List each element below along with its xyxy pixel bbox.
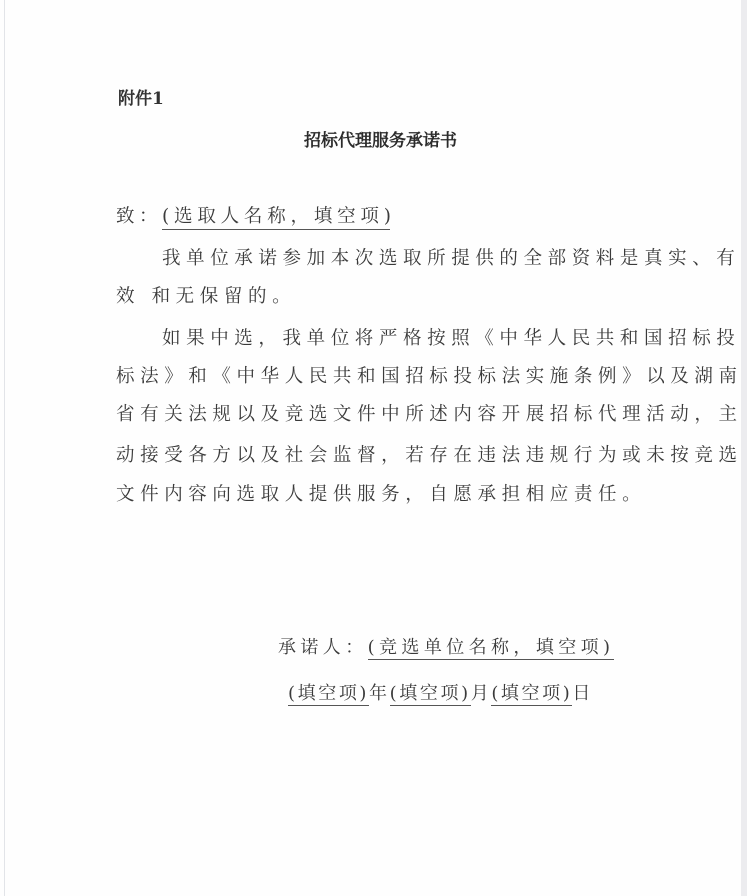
document-title: 招标代理服务承诺书 [0,126,747,151]
paragraph2-line2: 标法》和《中华人民共和国招标投标法实施条例》以及湖南 [116,362,743,388]
paragraph2-line5: 文件内容向选取人提供服务，自愿承担相应责任。 [116,480,646,506]
year-blank[interactable]: (填空项) [288,683,369,706]
year-label: 年 [369,683,390,704]
document-page: 附件1 招标代理服务承诺书 致：(选取人名称，填空项) 我单位承诺参加本次选取所… [0,0,747,896]
paragraph2-line4: 动接受各方以及社会监督，若存在违法违规行为或未按竞选 [116,441,743,467]
date-line: (填空项)年(填空项)月(填空项)日 [288,679,593,705]
attachment-label: 附件1 [118,84,164,109]
paragraph2-line1: 如果中选，我单位将严格按照《中华人民共和国招标投 [116,324,740,350]
paragraph2-line3: 省有关法规以及竞选文件中所述内容开展招标代理活动，主 [116,400,743,426]
paragraph1-line2: 效 和无保留的。 [116,282,296,308]
signature-label: 承诺人： [278,637,368,658]
salutation-prefix: 致： [116,206,162,227]
recipient-name-blank[interactable]: (选取人名称，填空项) [162,202,390,230]
day-label: 日 [572,683,593,704]
day-blank[interactable]: (填空项) [491,683,572,706]
salutation-line: 致：(选取人名称，填空项) [116,202,390,230]
bidder-name-blank[interactable]: (竞选单位名称，填空项) [368,637,615,660]
month-blank[interactable]: (填空项) [390,683,471,706]
signature-line: 承诺人：(竞选单位名称，填空项) [278,633,614,659]
paragraph1-line1: 我单位承诺参加本次选取所提供的全部资料是真实、有 [116,244,740,270]
month-label: 月 [471,683,492,704]
